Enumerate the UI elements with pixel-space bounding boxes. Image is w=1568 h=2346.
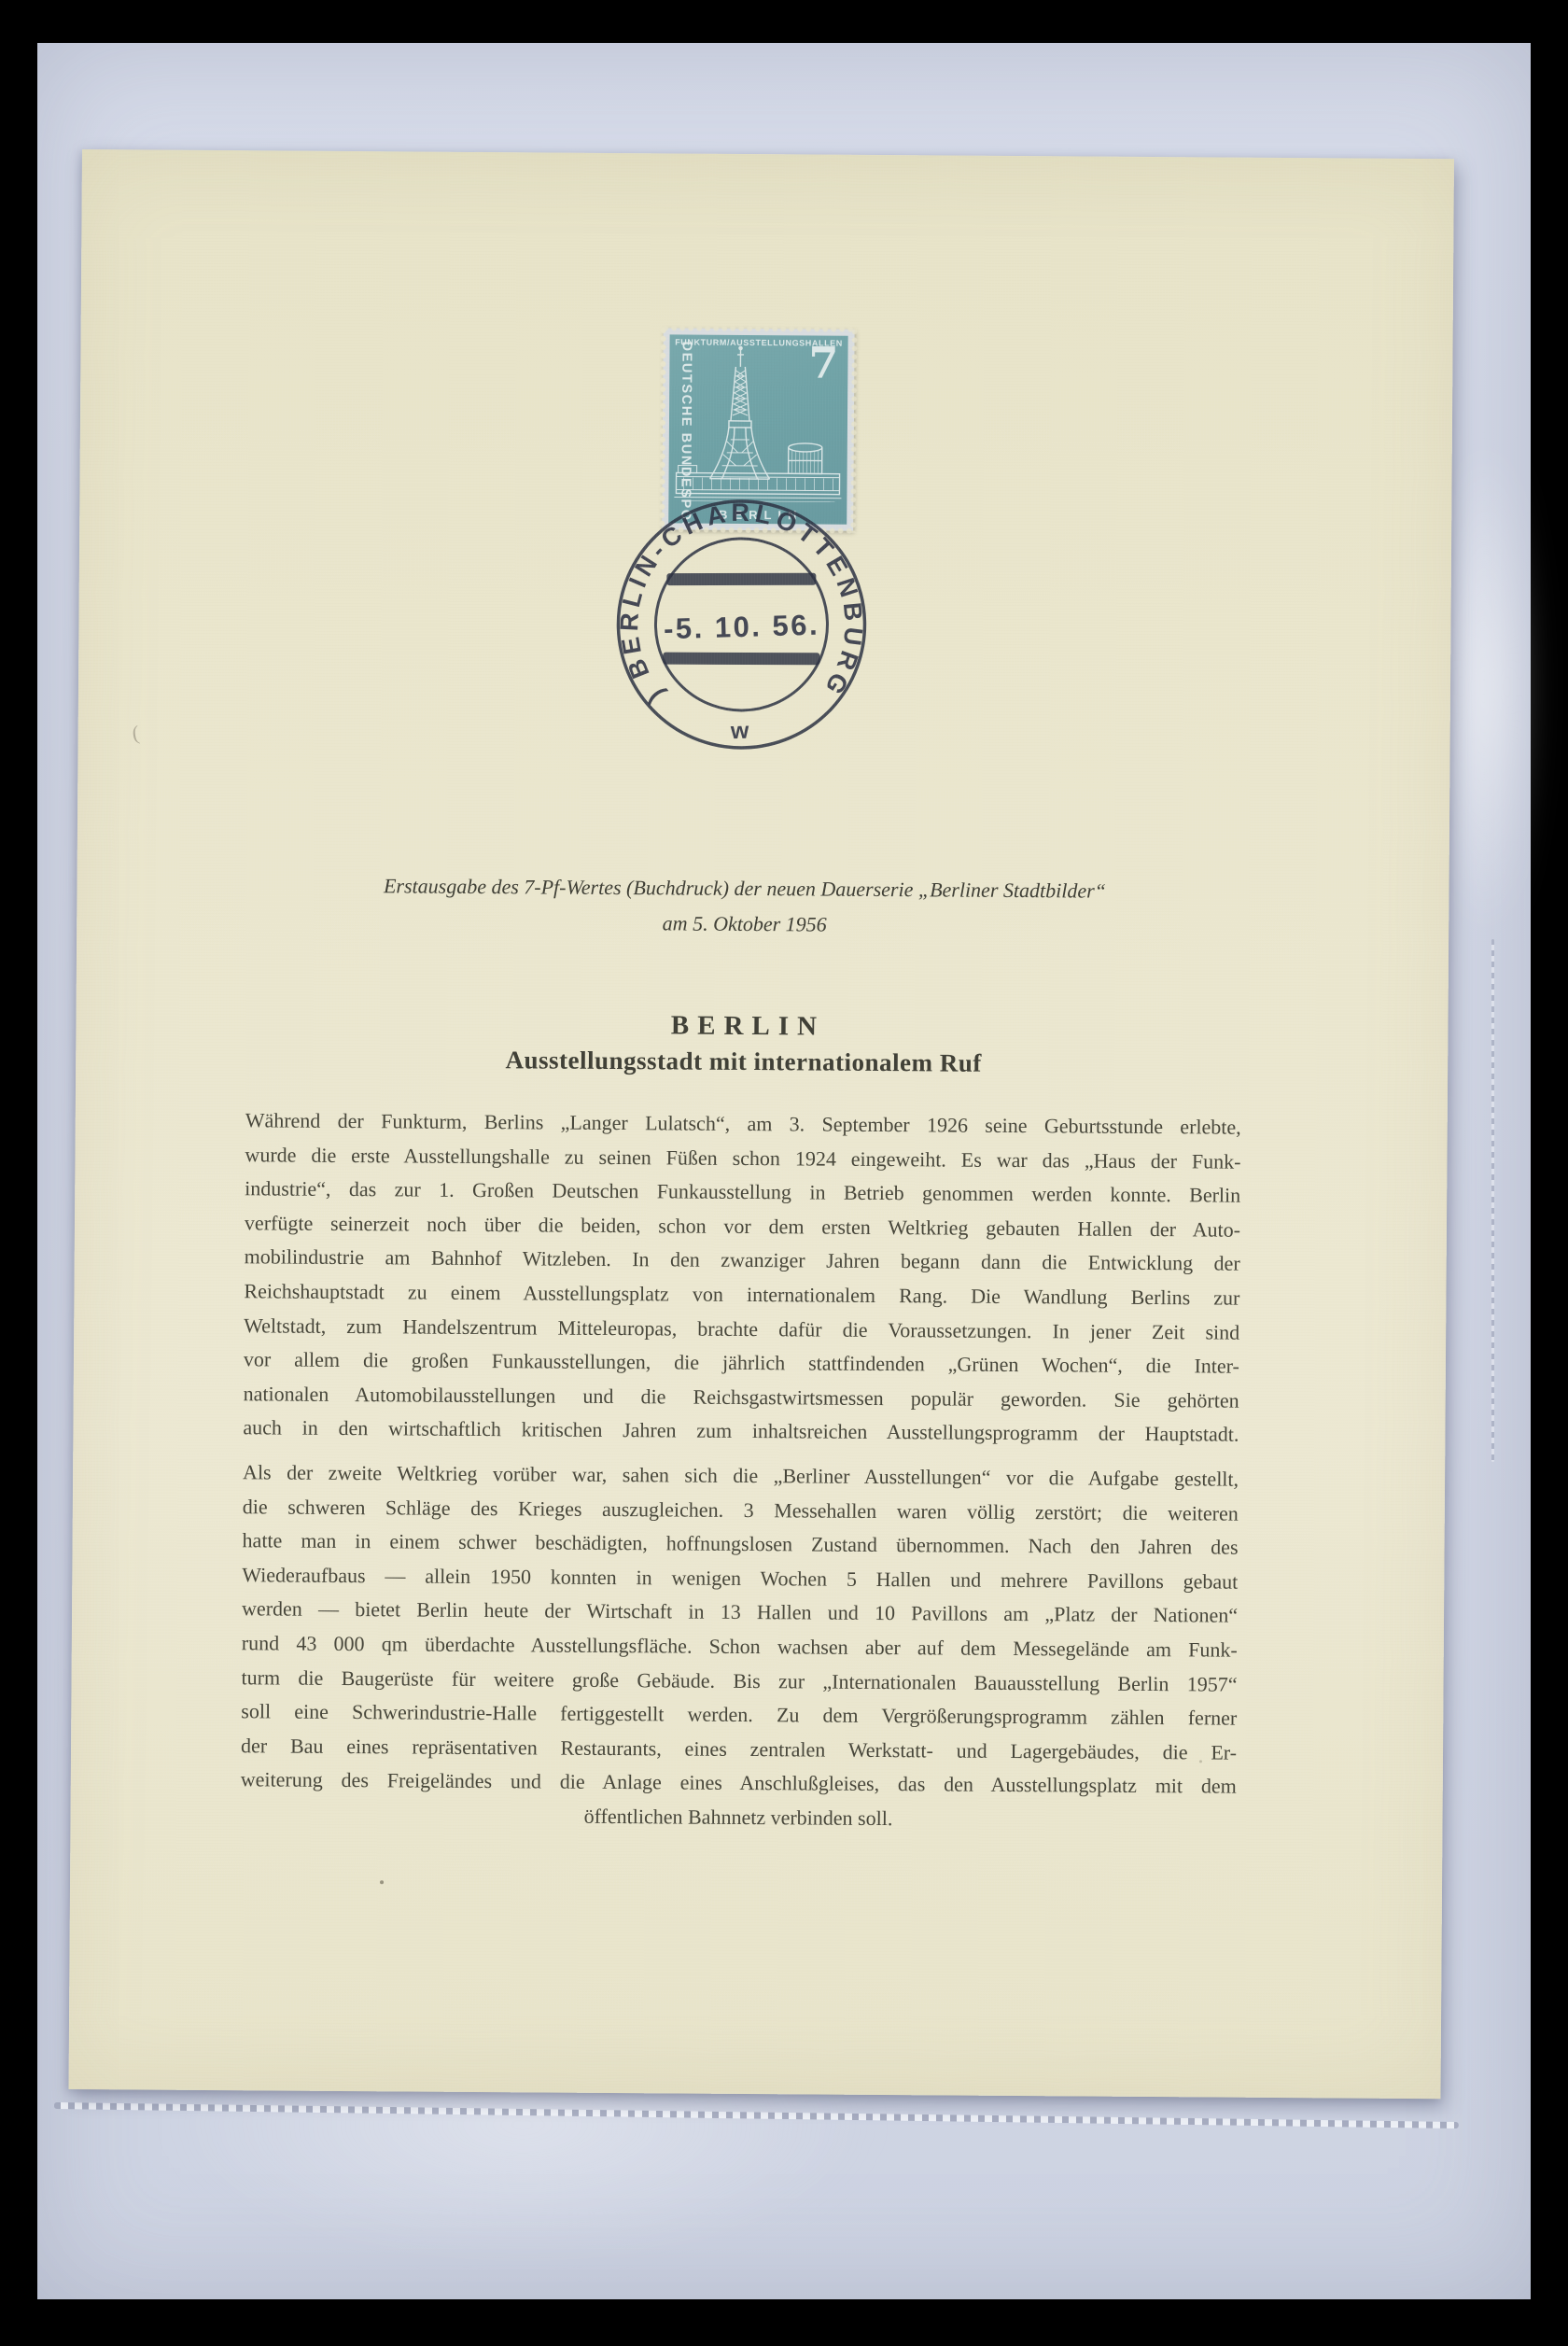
sleeve-seam-dots <box>1491 939 1494 1462</box>
album-sleeve: FUNKTURM/AUSSTELLUNGSHALLEN DEUTSCHE BUN… <box>37 43 1531 2299</box>
sleeve-stitch-line <box>54 2102 1459 2128</box>
text-line: auch in den wirtschaftlich kritischen Ja… <box>243 1412 1239 1453</box>
page-title: BERLIN <box>245 1005 1241 1046</box>
paper-speck <box>1199 1760 1202 1763</box>
page-subtitle: Ausstellungsstadt mit internationalem Ru… <box>245 1042 1241 1080</box>
photo-frame: FUNKTURM/AUSSTELLUNGSHALLEN DEUTSCHE BUN… <box>0 0 1568 2346</box>
paper-speck <box>380 1880 384 1884</box>
pencil-mark: ( <box>131 721 141 746</box>
printed-content: Erstausgabe des 7-Pf-Wertes (Buchdruck) … <box>240 867 1242 1838</box>
postmark-bar <box>663 653 819 666</box>
perforation-edge <box>662 324 857 333</box>
postmark-date: -5. 10. 56. <box>664 609 820 646</box>
paragraph-1: Während der Funkturm, Berlins „Langer Lu… <box>243 1103 1241 1452</box>
postmark-bar <box>666 573 816 585</box>
issue-caption-line1: Erstausgabe des 7-Pf-Wertes (Buchdruck) … <box>246 867 1242 909</box>
postmark: (1) BERLIN-CHARLOTTENBURG 2 -5. 10. 56. … <box>602 485 880 764</box>
issue-caption-line2: am 5. Oktober 1956 <box>246 903 1242 945</box>
paragraph-2-last-line: öffentlichen Bahnnetz verbinden soll. <box>240 1797 1236 1838</box>
postmark-bottom-letter: w <box>730 718 750 745</box>
text-line: weiterung des Freigeländes und die Anlag… <box>241 1763 1237 1805</box>
body-text: Während der Funkturm, Berlins „Langer Lu… <box>240 1103 1240 1838</box>
stamp-value: 7 <box>808 341 838 384</box>
issue-caption: Erstausgabe des 7-Pf-Wertes (Buchdruck) … <box>246 867 1243 945</box>
paragraph-2: Als der zweite Weltkrieg vorüber war, sa… <box>241 1455 1239 1804</box>
first-day-sheet: FUNKTURM/AUSSTELLUNGSHALLEN DEUTSCHE BUN… <box>68 149 1453 2099</box>
postmark-city-text: (1) BERLIN-CHARLOTTENBURG 2 <box>611 495 870 721</box>
